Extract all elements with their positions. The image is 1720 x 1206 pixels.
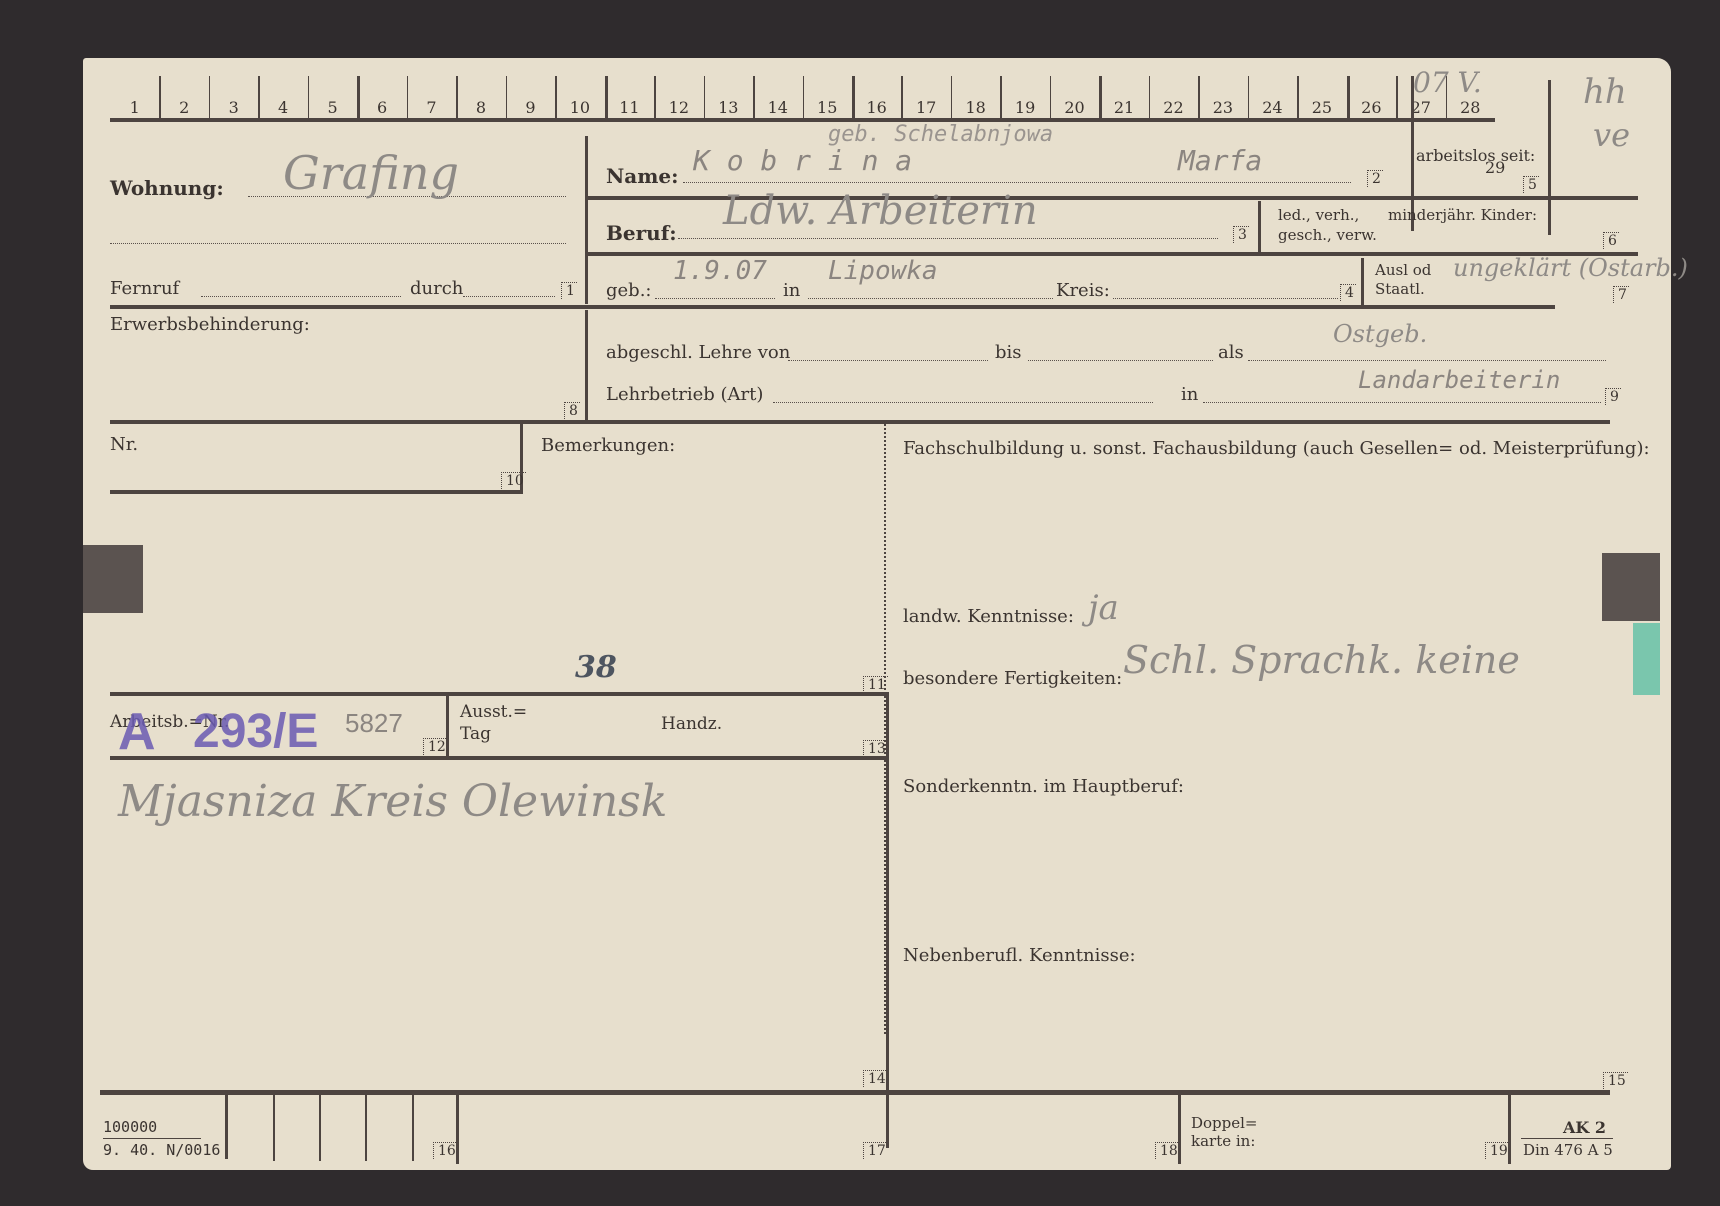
index-tab-right — [1602, 553, 1660, 621]
ruler-tick — [1099, 76, 1102, 118]
name-label: Name: — [606, 164, 679, 188]
ruler-column-24: 24 — [1252, 98, 1292, 117]
ruler-tick — [753, 76, 755, 118]
din-label: Din 476 A 5 — [1523, 1141, 1613, 1159]
ruler-tick — [407, 76, 409, 118]
ruler-column-17: 17 — [906, 98, 946, 117]
geb-label: geb.: — [606, 280, 651, 301]
kreis-label: Kreis: — [1056, 280, 1110, 301]
beruf-label: Beruf: — [606, 221, 677, 245]
divider — [412, 1094, 414, 1161]
ruler-tick — [258, 76, 260, 118]
field-number-12: 12 — [423, 738, 448, 755]
ruler-column-12: 12 — [659, 98, 699, 117]
field-number-9: 9 — [1605, 388, 1621, 405]
divider — [319, 1094, 321, 1161]
stamp-number: 293/E — [193, 704, 318, 759]
landw-value: ja — [1088, 588, 1119, 628]
bis-label: bis — [995, 342, 1022, 363]
print-code-label: 9. 40. N/0016 — [103, 1141, 220, 1159]
ruler-column-18: 18 — [956, 98, 996, 117]
lehre-von-line[interactable] — [788, 360, 988, 361]
landw-label: landw. Kenntnisse: — [903, 606, 1074, 627]
ruler-tick — [1347, 76, 1350, 118]
handz-label: Handz. — [661, 714, 722, 734]
in-label: in — [783, 280, 800, 301]
lehre-bis-line[interactable] — [1028, 360, 1213, 361]
divider — [1258, 201, 1261, 253]
row-divider — [100, 1090, 1610, 1095]
ruler-column-28: 28 — [1450, 98, 1490, 117]
field-number-19: 19 — [1485, 1142, 1510, 1159]
field-number-3: 3 — [1233, 226, 1249, 243]
durch-line[interactable] — [463, 296, 555, 297]
top-note: 07 V. — [1413, 66, 1482, 99]
field-number-17: 17 — [863, 1142, 888, 1159]
ruler-tick — [506, 76, 508, 118]
lehrbetrieb-line[interactable] — [773, 402, 1153, 403]
ruler-column-21: 21 — [1104, 98, 1144, 117]
index-tab-left — [83, 545, 143, 613]
divider — [1548, 80, 1551, 235]
divider — [585, 136, 588, 304]
field-number-1: 1 — [561, 282, 577, 299]
ruler-tick — [209, 76, 211, 118]
geb-line[interactable] — [655, 298, 775, 299]
divider — [273, 1094, 275, 1161]
ruler-tick — [605, 76, 608, 118]
field-number-13: 13 — [863, 740, 888, 757]
ruler-tick — [308, 76, 310, 118]
bemerkungen-label: Bemerkungen: — [541, 435, 675, 456]
field-number-16: 16 — [433, 1142, 458, 1159]
field-number-5: 5 — [1523, 176, 1539, 193]
ausl-label-2: Staatl. — [1375, 280, 1425, 298]
ruler-column-2: 2 — [164, 98, 204, 117]
familienstand-label-2: gesch., verw. — [1278, 226, 1377, 244]
ruler-tick — [357, 76, 360, 118]
lehrbetrieb-in-line[interactable] — [1203, 402, 1601, 403]
arbeitslos-seit-label: arbeitslos seit: — [1416, 146, 1535, 165]
ruler-column-14: 14 — [758, 98, 798, 117]
nr-label: Nr. — [110, 434, 138, 455]
field-number-7: 7 — [1613, 286, 1629, 303]
geb-date-value: 1.9.07 — [673, 256, 767, 286]
divider — [585, 310, 588, 420]
ruler-column-19: 19 — [1005, 98, 1045, 117]
field-number-6: 6 — [1603, 232, 1619, 249]
minderj-kinder-label: minderjähr. Kinder: — [1388, 206, 1537, 224]
row-divider — [110, 420, 1610, 424]
row-divider — [110, 305, 1555, 309]
corner-note-1: hh — [1583, 72, 1627, 112]
staatl-value: ungeklärt (Ostarb.) — [1453, 254, 1688, 282]
field-number-4: 4 — [1340, 284, 1356, 301]
herkunft-value: Mjasniza Kreis Olewinsk — [118, 776, 667, 827]
ruler-column-6: 6 — [362, 98, 402, 117]
geb-place-line[interactable] — [808, 298, 1053, 299]
wohnung-line-2[interactable] — [110, 243, 566, 244]
ruler-tick — [1050, 76, 1052, 118]
surname-value: K o b r i n a — [693, 144, 912, 177]
ruler-column-16: 16 — [857, 98, 897, 117]
ruler-tick — [1149, 76, 1151, 118]
wohnung-label: Wohnung: — [110, 176, 224, 200]
ruler-column-25: 25 — [1302, 98, 1342, 117]
divider — [1361, 258, 1364, 306]
field-number-11: 11 — [863, 676, 888, 693]
ruler-column-1: 1 — [115, 98, 155, 117]
ruler-tick — [1297, 76, 1299, 118]
ruler-tick — [1198, 76, 1200, 118]
als-line[interactable] — [1248, 360, 1606, 361]
doppelkarte-label-1: Doppel= — [1191, 1114, 1258, 1132]
form-code-label: AK 2 — [1563, 1118, 1606, 1137]
wohnung-value: Grafing — [283, 146, 459, 200]
divider — [225, 1094, 228, 1159]
ruler-column-27: 27 — [1401, 98, 1441, 117]
ruler-tick — [704, 76, 706, 118]
mark-38: 38 — [575, 650, 617, 685]
ruler-column-8: 8 — [461, 98, 501, 117]
divider — [446, 696, 449, 756]
ausst-label-2: Tag — [460, 724, 491, 744]
ruler-tick — [852, 76, 855, 118]
ausl-label-1: Ausl od — [1375, 261, 1431, 279]
print-divider — [103, 1138, 201, 1139]
field-number-2: 2 — [1367, 170, 1383, 187]
als-typed-value: Landarbeiterin — [1358, 366, 1560, 394]
corner-note-2: ve — [1593, 116, 1630, 154]
ruler-tick — [654, 76, 656, 118]
field-number-14: 14 — [863, 1070, 888, 1087]
fernruf-label: Fernruf — [110, 278, 179, 299]
fernruf-line[interactable] — [201, 296, 401, 297]
besondere-label: besondere Fertigkeiten: — [903, 668, 1122, 689]
ruler-tick — [159, 76, 161, 118]
row-divider — [110, 490, 523, 494]
besondere-value: Schl. Sprachk. keine — [1123, 638, 1520, 682]
row-divider — [110, 692, 886, 696]
divider — [365, 1094, 367, 1161]
ruler-tick — [1000, 76, 1002, 118]
ruler-column-22: 22 — [1153, 98, 1193, 117]
ruler-column-3: 3 — [214, 98, 254, 117]
ruler-baseline — [110, 118, 1495, 122]
arbeitsb-nr-value: 5827 — [345, 708, 403, 739]
geb-place-value: Lipowka — [828, 256, 938, 286]
ruler-tick — [1396, 76, 1398, 118]
ausst-label-1: Ausst.= — [460, 702, 527, 722]
field-number-18: 18 — [1155, 1142, 1180, 1159]
ruler-column-23: 23 — [1203, 98, 1243, 117]
field-number-10: 10 — [501, 472, 526, 489]
ruler-column-15: 15 — [807, 98, 847, 117]
erwerbsbehinderung-label: Erwerbsbehinderung: — [110, 314, 310, 335]
als-hand-value: Ostgeb. — [1333, 320, 1427, 348]
green-marker — [1633, 623, 1660, 695]
stamp-a: A — [118, 702, 156, 762]
ruler-column-5: 5 — [313, 98, 353, 117]
nebenberufl-label: Nebenberufl. Kenntnisse: — [903, 945, 1136, 966]
kreis-line[interactable] — [1113, 298, 1338, 299]
row-divider — [110, 756, 886, 760]
ruler-column-11: 11 — [609, 98, 649, 117]
ruler-column-13: 13 — [708, 98, 748, 117]
firstname-value: Marfa — [1178, 144, 1262, 177]
doppelkarte-label-2: karte in: — [1191, 1132, 1255, 1150]
print-run-label: 100000 — [103, 1118, 157, 1136]
als-label: als — [1218, 342, 1244, 363]
registration-card: 1234567891011121314151617181920212223242… — [83, 58, 1671, 1170]
ruler-column-4: 4 — [263, 98, 303, 117]
ruler-column-10: 10 — [560, 98, 600, 117]
ruler-column-20: 20 — [1055, 98, 1095, 117]
fachschul-label: Fachschulbildung u. sonst. Fachausbildun… — [903, 438, 1650, 459]
lehrbetrieb-in-label: in — [1181, 384, 1198, 405]
ruler-tick — [555, 76, 557, 118]
ruler-column-7: 7 — [412, 98, 452, 117]
ruler-tick — [1248, 76, 1250, 118]
sonderkenntn-label: Sonderkenntn. im Hauptberuf: — [903, 776, 1184, 797]
durch-label: durch — [410, 278, 463, 299]
beruf-line[interactable] — [678, 238, 1218, 239]
field-number-8: 8 — [564, 402, 580, 419]
ruler-tick — [951, 76, 953, 118]
form-code-divider — [1521, 1138, 1613, 1139]
ruler-tick — [456, 76, 458, 118]
name-line[interactable] — [683, 182, 1351, 183]
beruf-value: Ldw. Arbeiterin — [723, 188, 1038, 234]
abgeschl-lehre-label: abgeschl. Lehre von — [606, 342, 790, 363]
ruler-column-9: 9 — [510, 98, 550, 117]
field-number-15: 15 — [1603, 1072, 1628, 1089]
ruler-column-26: 26 — [1351, 98, 1391, 117]
lehrbetrieb-label: Lehrbetrieb (Art) — [606, 384, 763, 405]
ruler-tick — [901, 76, 903, 118]
familienstand-label-1: led., verh., — [1278, 206, 1359, 224]
ruler-tick — [803, 76, 805, 118]
